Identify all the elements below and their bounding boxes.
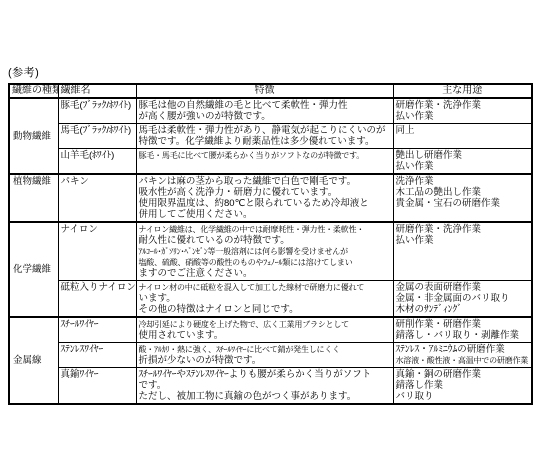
- reference-page: (参考) 繊維の種類 繊維名 特徴 主な用途 動物繊維豚毛(ﾌﾞﾗｯｸ/ﾎﾜｲﾄ…: [0, 0, 540, 450]
- feature-cell-line: 豚毛・馬毛に比べて腰が柔らかく当りがソフトなのが特徴です。: [139, 150, 391, 161]
- feature-cell-line: です。: [139, 380, 391, 391]
- table-row: 山羊毛(ﾎﾜｲﾄ)豚毛・馬毛に比べて腰が柔らかく当りがソフトなのが特徴です。艶出…: [9, 149, 532, 175]
- feature-cell-line: 特徴です。化学繊維より耐薬品性は多少優れています。: [139, 136, 391, 147]
- feature-cell: 豚毛は他の自然繊維の毛と比べて柔軟性・弾力性が高く腰が強いのが特徴です。: [136, 98, 393, 124]
- feature-cell-line: 使用限界温度は、約80℃と限られているため冷却液と: [139, 198, 391, 209]
- feature-cell-line: ますのでご注意ください。: [139, 268, 391, 279]
- fiber-name-cell-line: 山羊毛(ﾎﾜｲﾄ): [61, 150, 134, 161]
- fiber-type-cell: 植物繊維: [9, 174, 58, 222]
- table-row: 金属線ｽﾁｰﾙﾜｲﾔｰ冷却引延により硬度を上げた物で、広く工業用ブラシとして使用…: [9, 317, 532, 343]
- fiber-name-cell: 山羊毛(ﾎﾜｲﾄ): [58, 149, 136, 175]
- use-cell-line: 研削作業・研磨作業: [396, 319, 530, 330]
- table-row: 真鍮ﾜｲﾔｰｽﾁｰﾙﾜｲﾔｰやｽﾃﾝﾚｽﾜｲﾔｰよりも腰が柔らかく当りがソフトで…: [9, 368, 532, 405]
- table-row: 砥粒入りナイロンナイロン材の中に砥粒を混入して加工した線材で研磨力に優れています…: [9, 281, 532, 318]
- fiber-group: 金属線ｽﾁｰﾙﾜｲﾔｰ冷却引延により硬度を上げた物で、広く工業用ブラシとして使用…: [9, 317, 532, 404]
- header-fiber-name: 繊維名: [58, 84, 136, 98]
- header-feature: 特徴: [136, 84, 393, 98]
- fiber-name-cell: 真鍮ﾜｲﾔｰ: [58, 368, 136, 405]
- fiber-name-cell-line: ｽﾁｰﾙﾜｲﾔｰ: [61, 319, 134, 330]
- table-header-row: 繊維の種類 繊維名 特徴 主な用途: [9, 84, 532, 98]
- table-row: 動物繊維豚毛(ﾌﾞﾗｯｸ/ﾎﾜｲﾄ)豚毛は他の自然繊維の毛と比べて柔軟性・弾力性…: [9, 98, 532, 124]
- feature-cell-line: ｽﾁｰﾙﾜｲﾔｰやｽﾃﾝﾚｽﾜｲﾔｰよりも腰が柔らかく当りがソフト: [139, 369, 391, 380]
- fiber-type-cell: 動物繊維: [9, 98, 58, 174]
- fiber-name-cell: 砥粒入りナイロン: [58, 281, 136, 318]
- feature-cell: パキンは麻の茎から取った繊維で白色で剛毛です。吸水性が高く洗浄力・研磨力に優れて…: [136, 174, 393, 222]
- feature-cell-line: ただし、被加工物に真鍮の色がつく事があります。: [139, 391, 391, 402]
- feature-cell-line: 吸水性が高く洗浄力・研磨力に優れています。: [139, 187, 391, 198]
- use-cell: 研磨作業・洗浄作業払い作業: [393, 98, 532, 124]
- feature-cell-line: 塩酸、硫酸、硝酸等の酸性のものやﾌｪﾉｰﾙ類には溶けてしまい: [139, 257, 391, 268]
- use-cell: 真鍮・銅の研磨作業錆落し作業バリ取り: [393, 368, 532, 405]
- use-cell-line: 金属・非金属面のバリ取り: [396, 293, 530, 304]
- feature-cell: 酸・ｱﾙｶﾘ・熱に強く、ｽﾁｰﾙﾜｲﾔｰに比べて錆が発生しにくく折損が少ないのが…: [136, 343, 393, 368]
- feature-cell-line: 酸・ｱﾙｶﾘ・熱に強く、ｽﾁｰﾙﾜｲﾔｰに比べて錆が発生しにくく: [139, 344, 391, 355]
- feature-cell: ナイロン繊維は、化学繊維の中では耐摩耗性・弾力性・柔軟性・耐久性に優れているのが…: [136, 222, 393, 281]
- fiber-group: 植物繊維パキンパキンは麻の茎から取った繊維で白色で剛毛です。吸水性が高く洗浄力・…: [9, 174, 532, 222]
- feature-cell-line: その他の特徴はナイロンと同じです。: [139, 304, 391, 315]
- table-row: ｽﾃﾝﾚｽﾜｲﾔｰ酸・ｱﾙｶﾘ・熱に強く、ｽﾁｰﾙﾜｲﾔｰに比べて錆が発生しにく…: [9, 343, 532, 368]
- use-cell-line: 払い作業: [396, 235, 530, 246]
- feature-cell-line: ｱﾙｺｰﾙ･ｶﾞｿﾘﾝ･ﾍﾞﾝｾﾞﾝ等一般溶剤には何ら影響を受けませんが: [139, 246, 391, 257]
- feature-cell-line: パキンは麻の茎から取った繊維で白色で剛毛です。: [139, 176, 391, 187]
- fiber-name-cell-line: 馬毛(ﾌﾞﾗｯｸ/ﾎﾜｲﾄ): [61, 125, 134, 136]
- use-cell-line: 研磨作業・洗浄作業: [396, 224, 530, 235]
- use-cell-line: 木材のｻﾝﾃﾞｨﾝｸﾞ: [396, 304, 530, 315]
- feature-cell-line: ナイロン材の中に砥粒を混入して加工した線材で研磨力に優れて: [139, 282, 391, 293]
- use-cell-line: 真鍮・銅の研磨作業: [396, 369, 530, 380]
- use-cell-line: 貴金属・宝石の研磨作業: [396, 198, 530, 209]
- fiber-name-cell-line: ナイロン: [61, 224, 134, 235]
- fiber-name-cell-line: 砥粒入りナイロン: [61, 282, 134, 293]
- fiber-name-cell-line: パキン: [61, 176, 134, 187]
- use-cell-line: 錆落し作業: [396, 380, 530, 391]
- use-cell-line: 金属の表面研磨作業: [396, 282, 530, 293]
- use-cell: 研磨作業・洗浄作業払い作業: [393, 222, 532, 281]
- use-cell-line: 艶出し研磨作業: [396, 150, 530, 161]
- use-cell-line: 木工品の艶出し作業: [396, 187, 530, 198]
- fiber-name-cell-line: ｽﾃﾝﾚｽﾜｲﾔｰ: [61, 344, 134, 355]
- table-row: 植物繊維パキンパキンは麻の茎から取った繊維で白色で剛毛です。吸水性が高く洗浄力・…: [9, 174, 532, 222]
- use-cell-line: 水溶液・酸性液・高温中での研磨作業: [396, 355, 530, 366]
- feature-cell-line: 馬毛は柔軟性・弾力性があり、静電気が起こりにくいのが: [139, 125, 391, 136]
- fiber-type-cell: 金属線: [9, 317, 58, 404]
- use-cell: 洗浄作業木工品の艶出し作業貴金属・宝石の研磨作業: [393, 174, 532, 222]
- feature-cell-line: が高く腰が強いのが特徴です。: [139, 111, 391, 122]
- fiber-name-cell: ｽﾁｰﾙﾜｲﾔｰ: [58, 317, 136, 343]
- feature-cell-line: 豚毛は他の自然繊維の毛と比べて柔軟性・弾力性: [139, 100, 391, 111]
- feature-cell-line: います。: [139, 293, 391, 304]
- feature-cell-line: 冷却引延により硬度を上げた物で、広く工業用ブラシとして: [139, 319, 391, 330]
- fiber-name-cell: ｽﾃﾝﾚｽﾜｲﾔｰ: [58, 343, 136, 368]
- fiber-reference-table: 繊維の種類 繊維名 特徴 主な用途 動物繊維豚毛(ﾌﾞﾗｯｸ/ﾎﾜｲﾄ)豚毛は他…: [8, 83, 533, 405]
- page-title: (参考): [8, 64, 39, 80]
- use-cell-line: 錆落し・バリ取り・剥離作業: [396, 330, 530, 341]
- fiber-name-cell-line: 豚毛(ﾌﾞﾗｯｸ/ﾎﾜｲﾄ): [61, 100, 134, 111]
- feature-cell: ｽﾁｰﾙﾜｲﾔｰやｽﾃﾝﾚｽﾜｲﾔｰよりも腰が柔らかく当りがソフトです。ただし、…: [136, 368, 393, 405]
- fiber-group: 化学繊維ナイロンナイロン繊維は、化学繊維の中では耐摩耗性・弾力性・柔軟性・耐久性…: [9, 222, 532, 317]
- header-fiber-type: 繊維の種類: [9, 84, 58, 98]
- use-cell: ｽﾃﾝﾚｽ・ｱﾙﾐﾆｳﾑの研磨作業水溶液・酸性液・高温中での研磨作業: [393, 343, 532, 368]
- feature-cell: ナイロン材の中に砥粒を混入して加工した線材で研磨力に優れています。その他の特徴は…: [136, 281, 393, 318]
- table-row: 馬毛(ﾌﾞﾗｯｸ/ﾎﾜｲﾄ)馬毛は柔軟性・弾力性があり、静電気が起こりにくいのが…: [9, 124, 532, 149]
- fiber-name-cell: パキン: [58, 174, 136, 222]
- fiber-name-cell-line: 真鍮ﾜｲﾔｰ: [61, 369, 134, 380]
- fiber-name-cell: 馬毛(ﾌﾞﾗｯｸ/ﾎﾜｲﾄ): [58, 124, 136, 149]
- use-cell-line: 研磨作業・洗浄作業: [396, 100, 530, 111]
- use-cell-line: 払い作業: [396, 111, 530, 122]
- table-row: 化学繊維ナイロンナイロン繊維は、化学繊維の中では耐摩耗性・弾力性・柔軟性・耐久性…: [9, 222, 532, 281]
- use-cell-line: 同上: [396, 125, 530, 136]
- use-cell: 艶出し研磨作業払い作業: [393, 149, 532, 175]
- use-cell: 同上: [393, 124, 532, 149]
- header-main-use: 主な用途: [393, 84, 532, 98]
- use-cell: 研削作業・研磨作業錆落し・バリ取り・剥離作業: [393, 317, 532, 343]
- feature-cell-line: 折損が少ないのが特徴です。: [139, 355, 391, 366]
- use-cell-line: バリ取り: [396, 391, 530, 402]
- use-cell-line: 払い作業: [396, 161, 530, 172]
- fiber-group: 動物繊維豚毛(ﾌﾞﾗｯｸ/ﾎﾜｲﾄ)豚毛は他の自然繊維の毛と比べて柔軟性・弾力性…: [9, 98, 532, 174]
- feature-cell-line: 耐久性に優れているのが特徴です。: [139, 235, 391, 246]
- feature-cell-line: 併用してご使用ください。: [139, 209, 391, 220]
- feature-cell-line: 使用されています。: [139, 330, 391, 341]
- use-cell-line: ｽﾃﾝﾚｽ・ｱﾙﾐﾆｳﾑの研磨作業: [396, 344, 530, 355]
- feature-cell: 冷却引延により硬度を上げた物で、広く工業用ブラシとして使用されています。: [136, 317, 393, 343]
- feature-cell-line: ナイロン繊維は、化学繊維の中では耐摩耗性・弾力性・柔軟性・: [139, 224, 391, 235]
- table-header: 繊維の種類 繊維名 特徴 主な用途: [9, 84, 532, 98]
- fiber-name-cell: ナイロン: [58, 222, 136, 281]
- feature-cell: 豚毛・馬毛に比べて腰が柔らかく当りがソフトなのが特徴です。: [136, 149, 393, 175]
- fiber-type-cell: 化学繊維: [9, 222, 58, 317]
- fiber-name-cell: 豚毛(ﾌﾞﾗｯｸ/ﾎﾜｲﾄ): [58, 98, 136, 124]
- use-cell: 金属の表面研磨作業金属・非金属面のバリ取り木材のｻﾝﾃﾞｨﾝｸﾞ: [393, 281, 532, 318]
- use-cell-line: 洗浄作業: [396, 176, 530, 187]
- feature-cell: 馬毛は柔軟性・弾力性があり、静電気が起こりにくいのが特徴です。化学繊維より耐薬品…: [136, 124, 393, 149]
